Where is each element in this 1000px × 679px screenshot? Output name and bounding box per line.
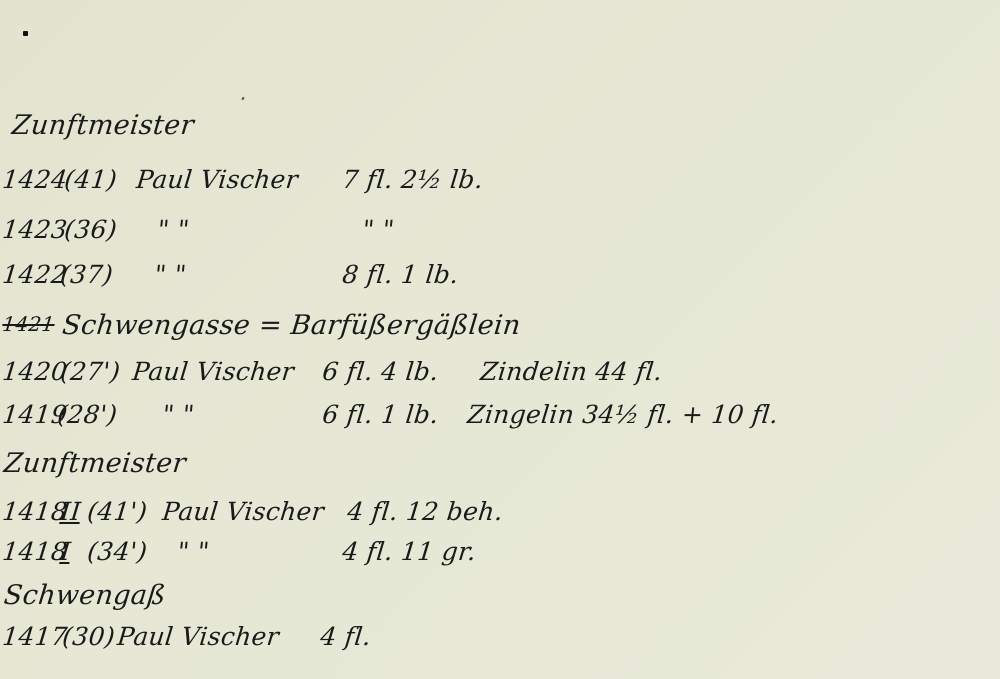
- struck-year: 1421: [1, 312, 56, 336]
- section-heading: Zunftmeister: [10, 110, 195, 141]
- entry-ref: (41'): [86, 497, 149, 526]
- entry-year: 1424: [1, 165, 69, 194]
- entry-amount: 6 fl. 1 lb.: [321, 400, 440, 429]
- section-heading: Schwengasse = Barfüßergäßlein: [61, 310, 523, 341]
- entry-amount: " ": [361, 215, 396, 244]
- entry-amount: 8 fl. 1 lb.: [341, 260, 460, 289]
- entry-year: 1423: [1, 215, 69, 244]
- entry-name: Paul Vischer: [135, 165, 300, 194]
- entry-name-ditto: " ": [153, 260, 188, 289]
- ink-dot: [23, 31, 28, 36]
- entry-roman: I: [59, 537, 72, 566]
- entry-amount: 4 fl.: [319, 622, 373, 651]
- entry-ref: (37): [59, 260, 115, 289]
- entry-ref: (36): [63, 215, 119, 244]
- entry-name: Paul Vischer: [161, 497, 326, 526]
- entry-ref: (41): [63, 165, 119, 194]
- entry-ref: (30): [61, 622, 117, 651]
- section-heading: Schwengaß: [2, 580, 167, 611]
- entry-ref: (28'): [56, 400, 119, 429]
- entry-amount: 6 fl. 4 lb.: [321, 357, 440, 386]
- entry-amount: 7 fl. 2½ lb.: [341, 165, 485, 194]
- entry-amount: 4 fl. 12 beh.: [346, 497, 505, 526]
- entry-ref: (34'): [86, 537, 149, 566]
- entry-name: Paul Vischer: [131, 357, 296, 386]
- entry-extra: Zingelin 34½ fl. + 10 fl.: [466, 400, 780, 429]
- archive-index-card: Zunftmeister 1424 (41) Paul Vischer 7 fl…: [0, 0, 1000, 679]
- entry-name: Paul Vischer: [116, 622, 281, 651]
- entry-year: 1417: [1, 622, 69, 651]
- section-heading: Zunftmeister: [2, 448, 187, 479]
- entry-name-ditto: " ": [156, 215, 191, 244]
- entry-name-ditto: " ": [161, 400, 196, 429]
- entry-amount: 4 fl. 11 gr.: [341, 537, 478, 566]
- entry-ref: (27'): [59, 357, 122, 386]
- entry-extra: Zindelin 44 fl.: [479, 357, 664, 386]
- entry-roman: II: [59, 497, 82, 526]
- paper-speck: [241, 97, 244, 101]
- entry-name-ditto: " ": [176, 537, 211, 566]
